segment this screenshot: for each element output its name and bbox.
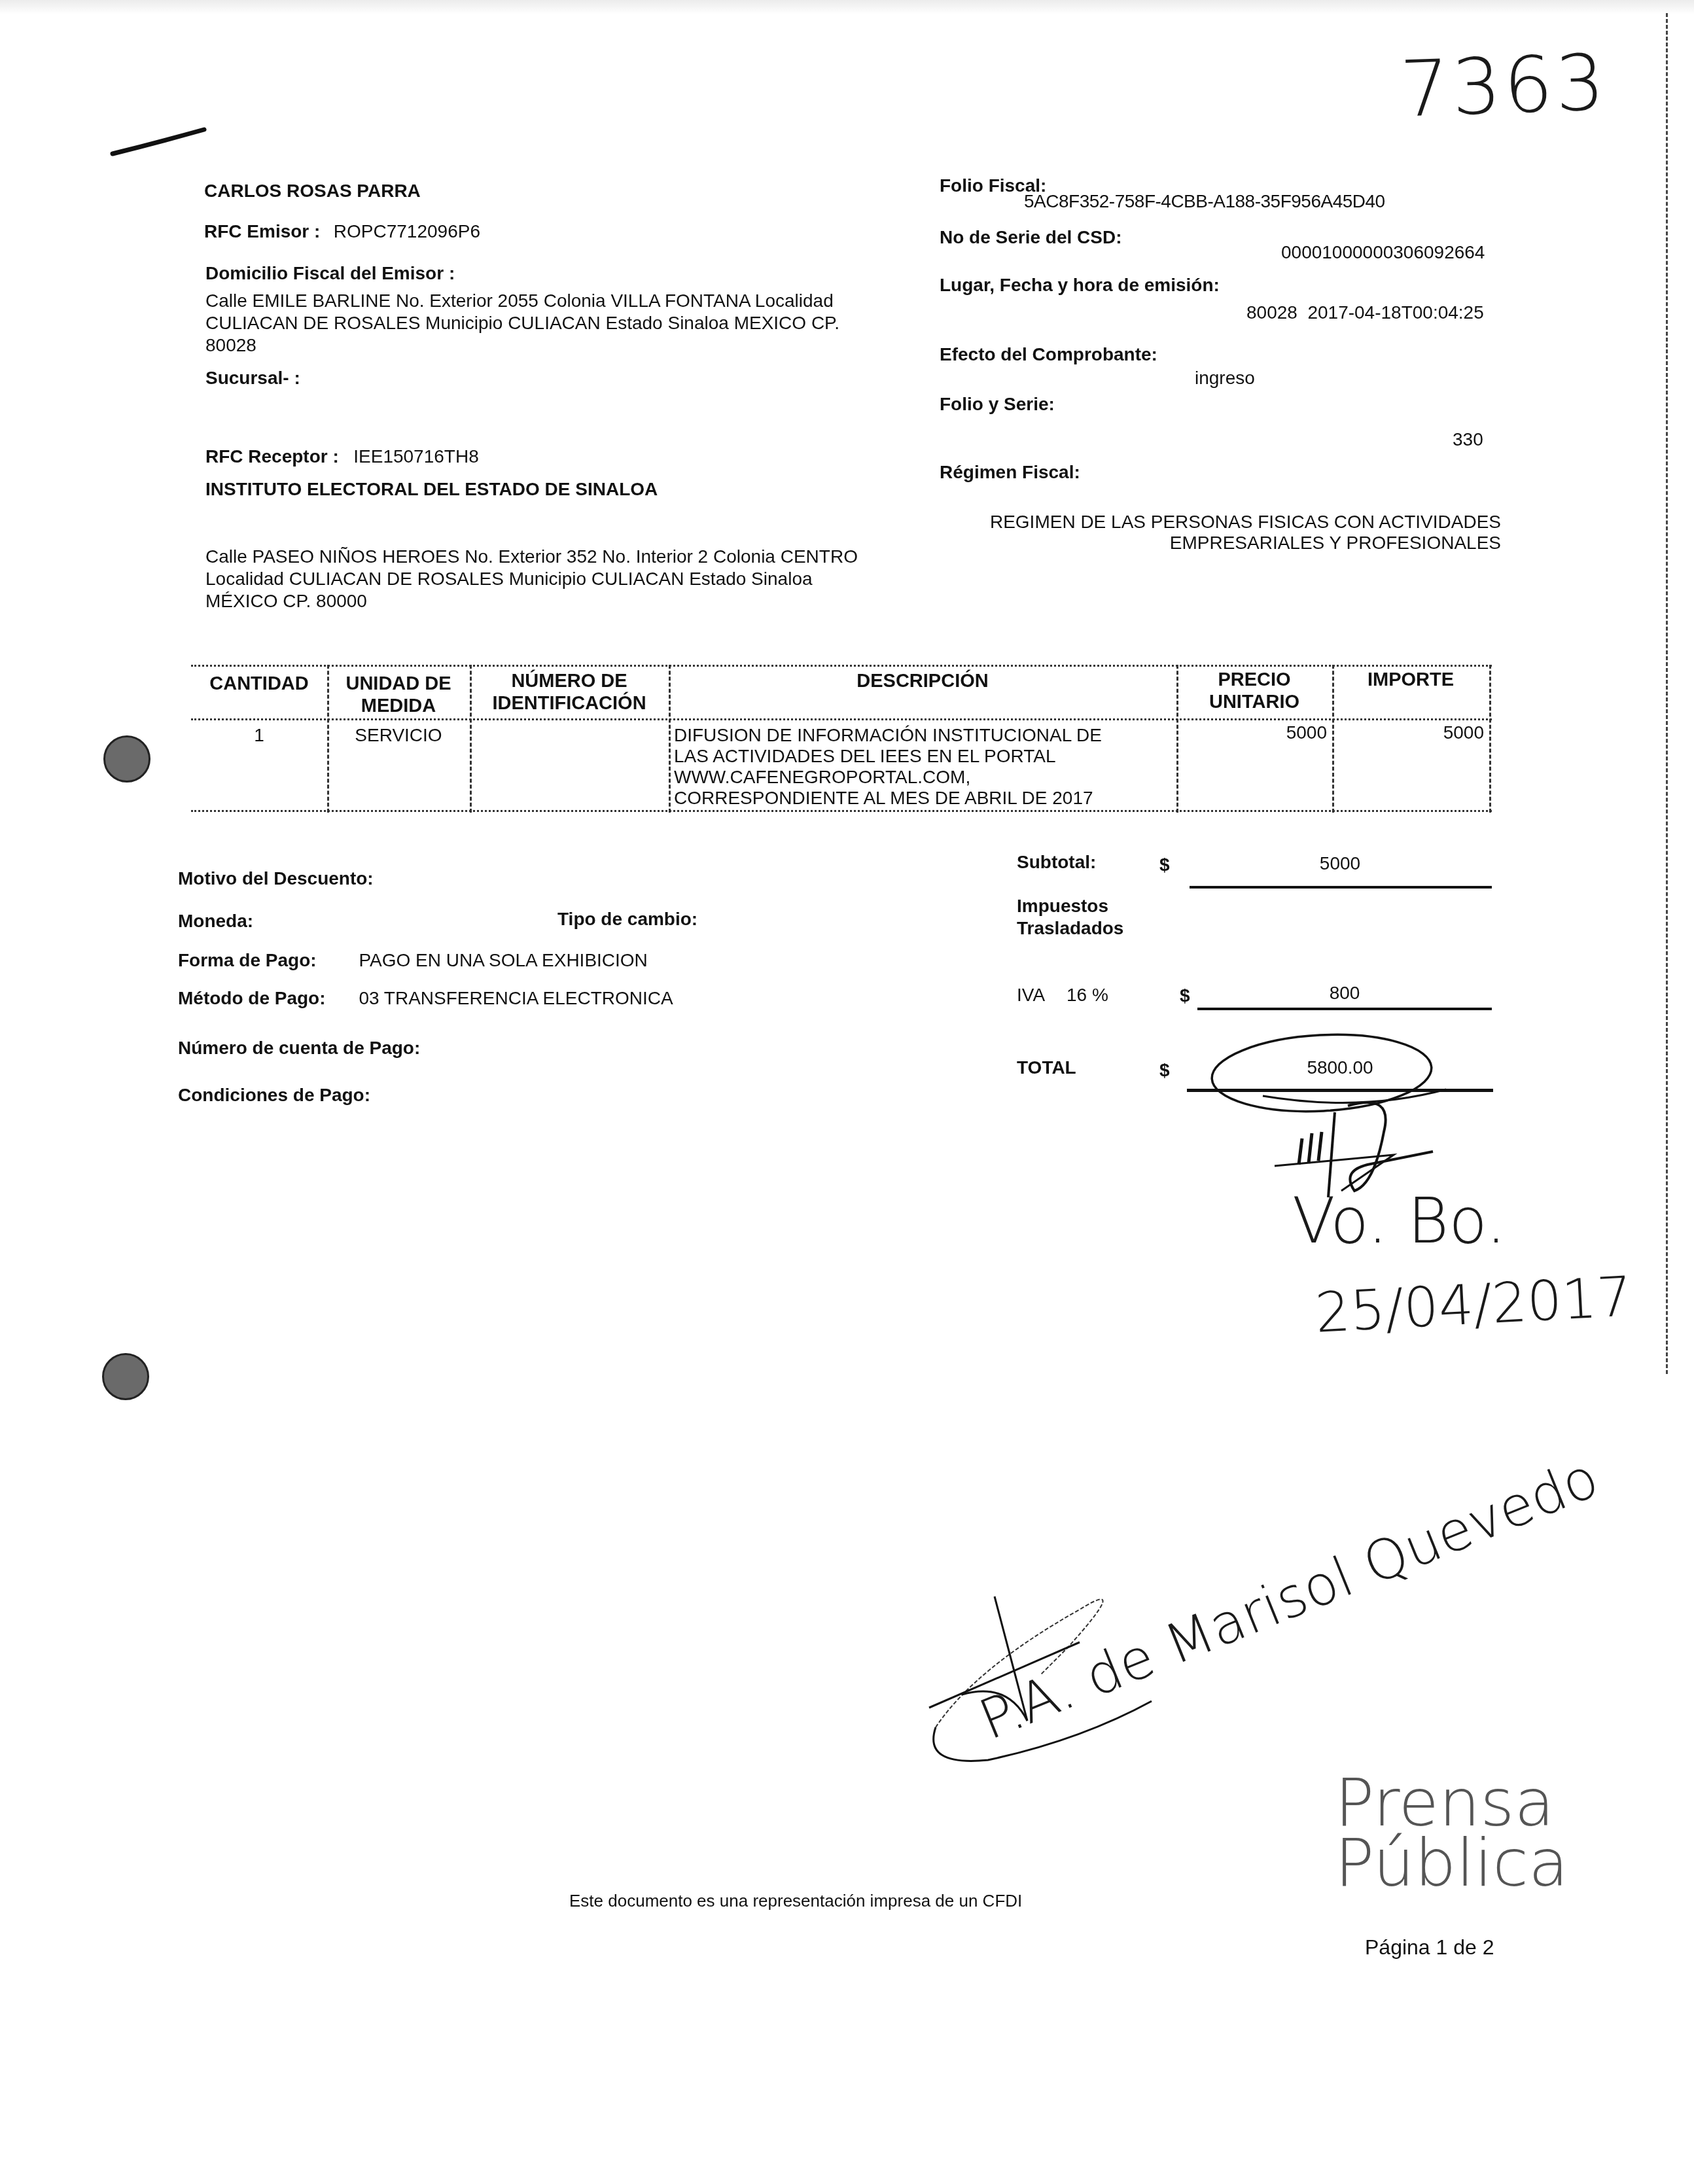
tipo-cambio-label: Tipo de cambio:	[557, 909, 697, 930]
col-header-numero: NÚMERO DE IDENTIFICACIÓN	[470, 670, 669, 714]
emisor-rfc-value: ROPC7712096P6	[334, 221, 480, 241]
iva-label: IVA	[1017, 985, 1045, 1006]
condiciones-pago-label: Condiciones de Pago:	[178, 1085, 370, 1106]
subtotal-underline	[1190, 886, 1492, 889]
iva-value: 800	[1197, 983, 1492, 1004]
receptor-address-line: Localidad CULIACAN DE ROSALES Municipio …	[205, 568, 858, 590]
subtotal-value: 5000	[1190, 853, 1491, 874]
col-header-unidad-line: UNIDAD DE	[327, 673, 470, 695]
col-header-unidad: UNIDAD DE MEDIDA	[327, 673, 470, 717]
folio-fiscal-value: 5AC8F352-758F-4CBB-A188-35F956A45D40	[1024, 191, 1385, 212]
subtotal-label: Subtotal:	[1017, 852, 1096, 873]
domicilio-line: Calle EMILE BARLINE No. Exterior 2055 Co…	[205, 290, 839, 312]
cell-cantidad: 1	[191, 725, 327, 746]
receptor-address-line: MÉXICO CP. 80000	[205, 590, 858, 612]
lugar-fecha-value: 80028 2017-04-18T00:04:25	[1246, 302, 1484, 323]
handwritten-approval-date: 25/04/2017	[1314, 1264, 1634, 1345]
receptor-name: INSTITUTO ELECTORAL DEL ESTADO DE SINALO…	[205, 479, 658, 500]
lugar-fecha-label: Lugar, Fecha y hora de emisión:	[940, 275, 1220, 296]
efecto-label: Efecto del Comprobante:	[940, 344, 1157, 365]
iva-underline	[1197, 1008, 1492, 1010]
cell-importe: 5000	[1332, 722, 1484, 743]
col-header-precio-line: UNITARIO	[1176, 691, 1332, 713]
punch-hole-icon	[103, 735, 150, 783]
items-table: CANTIDAD UNIDAD DE MEDIDA NÚMERO DE IDEN…	[191, 665, 1492, 813]
pen-stroke-mark	[111, 124, 209, 164]
impuestos-label-line: Impuestos	[1017, 895, 1123, 917]
metodo-pago-row: Método de Pago: 03 TRANSFERENCIA ELECTRO…	[178, 988, 673, 1009]
stamp-line: Pública	[1335, 1833, 1568, 1893]
regimen-value: REGIMEN DE LAS PERSONAS FISICAS CON ACTI…	[936, 512, 1501, 554]
cell-precio-unitario: 5000	[1176, 722, 1327, 743]
domicilio-line: CULIACAN DE ROSALES Municipio CULIACAN E…	[205, 312, 839, 334]
receptor-rfc: RFC Receptor : IEE150716TH8	[205, 446, 479, 467]
handwritten-vobo: Vo. Bo.	[1292, 1184, 1506, 1258]
emisor-rfc: RFC Emisor : ROPC7712096P6	[204, 221, 480, 242]
regimen-line: REGIMEN DE LAS PERSONAS FISICAS CON ACTI…	[936, 512, 1501, 533]
receptor-rfc-label: RFC Receptor :	[205, 446, 339, 467]
subtotal-currency: $	[1159, 854, 1170, 875]
motivo-descuento-label: Motivo del Descuento:	[178, 868, 374, 889]
descripcion-line: CORRESPONDIENTE AL MES DE ABRIL DE 2017	[674, 788, 1171, 809]
scan-shadow	[0, 0, 1694, 14]
moneda-label: Moneda:	[178, 911, 253, 932]
regimen-label: Régimen Fiscal:	[940, 462, 1080, 483]
punch-hole-icon	[102, 1353, 149, 1400]
cell-descripcion: DIFUSION DE INFORMACIÓN INSTITUCIONAL DE…	[674, 725, 1171, 809]
serie-csd-value: 00001000000306092664	[1281, 242, 1485, 263]
receptor-address-line: Calle PASEO NIÑOS HEROES No. Exterior 35…	[205, 546, 858, 568]
emisor-name: CARLOS ROSAS PARRA	[204, 181, 421, 202]
folio-serie-value: 330	[1453, 429, 1483, 450]
cell-unidad: SERVICIO	[327, 725, 470, 746]
domicilio-address: Calle EMILE BARLINE No. Exterior 2055 Co…	[205, 290, 839, 357]
forma-pago-value: PAGO EN UNA SOLA EXHIBICION	[359, 950, 647, 970]
col-header-precio-line: PRECIO	[1176, 669, 1332, 691]
metodo-pago-label: Método de Pago:	[178, 988, 356, 1009]
col-header-cantidad: CANTIDAD	[191, 673, 327, 695]
serie-csd-label: No de Serie del CSD:	[940, 227, 1122, 248]
sucursal-label: Sucursal- :	[205, 368, 300, 389]
total-label: TOTAL	[1017, 1057, 1076, 1078]
metodo-pago-value: 03 TRANSFERENCIA ELECTRONICA	[359, 988, 673, 1008]
descripcion-line: DIFUSION DE INFORMACIÓN INSTITUCIONAL DE	[674, 725, 1171, 746]
receptor-address: Calle PASEO NIÑOS HEROES No. Exterior 35…	[205, 546, 858, 612]
domicilio-label: Domicilio Fiscal del Emisor :	[205, 263, 455, 284]
folio-serie-label: Folio y Serie:	[940, 394, 1055, 415]
receptor-rfc-value: IEE150716TH8	[353, 446, 478, 467]
col-header-numero-line: NÚMERO DE	[470, 670, 669, 692]
regimen-line: EMPRESARIALES Y PROFESIONALES	[936, 533, 1501, 554]
handwritten-stamp: Prensa Pública	[1335, 1773, 1568, 1893]
descripcion-line: LAS ACTIVIDADES DEL IEES EN EL PORTAL	[674, 746, 1171, 767]
impuestos-label-line: Trasladados	[1017, 917, 1123, 940]
impuestos-label: Impuestos Trasladados	[1017, 895, 1123, 940]
forma-pago-row: Forma de Pago: PAGO EN UNA SOLA EXHIBICI…	[178, 950, 648, 971]
iva-rate: 16 %	[1067, 985, 1108, 1006]
page-indicator: Página 1 de 2	[1365, 1935, 1494, 1960]
iva-currency: $	[1180, 985, 1190, 1006]
col-header-numero-line: IDENTIFICACIÓN	[470, 692, 669, 714]
col-header-importe: IMPORTE	[1332, 669, 1489, 691]
emisor-rfc-label: RFC Emisor :	[204, 221, 320, 241]
domicilio-line: 80028	[205, 334, 839, 357]
handwritten-control-number: 7363	[1399, 37, 1609, 135]
col-header-precio: PRECIO UNITARIO	[1176, 669, 1332, 713]
descripcion-line: WWW.CAFENEGROPORTAL.COM,	[674, 767, 1171, 788]
numero-cuenta-label: Número de cuenta de Pago:	[178, 1038, 420, 1059]
total-currency: $	[1159, 1060, 1170, 1081]
efecto-value: ingreso	[1195, 368, 1255, 389]
page-edge-line	[1666, 13, 1668, 1374]
col-header-descripcion: DESCRIPCIÓN	[669, 670, 1176, 692]
forma-pago-label: Forma de Pago:	[178, 950, 356, 971]
col-header-unidad-line: MEDIDA	[327, 695, 470, 717]
cfdi-note: Este documento es una representación imp…	[569, 1891, 1022, 1911]
